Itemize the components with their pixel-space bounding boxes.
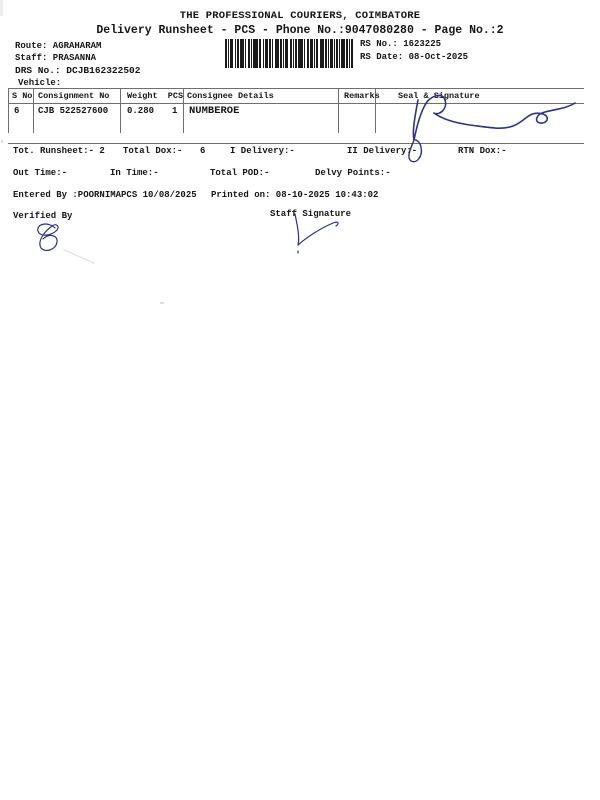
delvy-points: Delvy Points:- [315,169,391,178]
verified-by-signature-ink [26,221,71,261]
rs-no-field: RS No.: 1623225 [360,40,441,49]
drs-no-field: DRS No.: DCJB162322502 [15,66,140,76]
staff-signature-ink [283,211,353,261]
total-runsheet: Tot. Runsheet:- 2 [13,147,105,156]
in-time: In Time:- [110,169,159,178]
table-border [120,88,121,133]
vehicle-field: Vehicle: [18,79,61,88]
table-border [33,88,34,133]
ii-delivery: II Delivery:- [347,147,417,156]
rtn-dox: RTN Dox:- [458,147,507,156]
col-header-weight-pcs: Weight PCS [127,92,183,101]
out-time: Out Time:- [13,169,67,178]
table-row-consignment-no: CJB 522527600 [38,107,108,116]
table-row-sno: 6 [14,107,19,116]
col-header-consignment: Consignment No [38,92,109,101]
staff-field: Staff: PRASANNA [15,54,96,63]
rs-date-field: RS Date: 08-Oct-2025 [360,53,468,62]
delivery-runsheet-document: THE PROFESSIONAL COURIERS, COIMBATORE De… [0,0,600,800]
total-pod: Total POD:- [210,169,269,178]
table-border [183,88,184,133]
table-border [8,88,9,133]
total-dox-value: 6 [200,147,205,156]
printed-on: Printed on: 08-10-2025 10:43:02 [211,191,378,200]
col-header-consignee: Consignee Details [187,92,274,101]
table-row-pcs: 1 [172,107,177,116]
company-title: THE PROFESSIONAL COURIERS, COIMBATORE [0,11,600,22]
table-border [338,88,339,133]
total-dox-label: Total Dox:- [123,147,182,156]
scan-speck [1,140,3,143]
scan-speck [160,302,164,304]
route-field: Route: AGRAHARAM [15,42,101,51]
rs-barcode-icon [225,39,358,68]
verified-by-label: Verified By [13,212,72,221]
col-header-sno: S No [12,92,32,101]
col-header-remarks: Remarks [344,92,380,101]
table-row-weight: 0.280 [127,107,154,116]
entered-by: Entered By :POORNIMAPCS 10/08/2025 [13,191,197,200]
table-row-consignee: NUMBEROE [189,106,239,117]
runsheet-subtitle: Delivery Runsheet - PCS - Phone No.:9047… [0,25,600,37]
i-delivery: I Delivery:- [230,147,295,156]
